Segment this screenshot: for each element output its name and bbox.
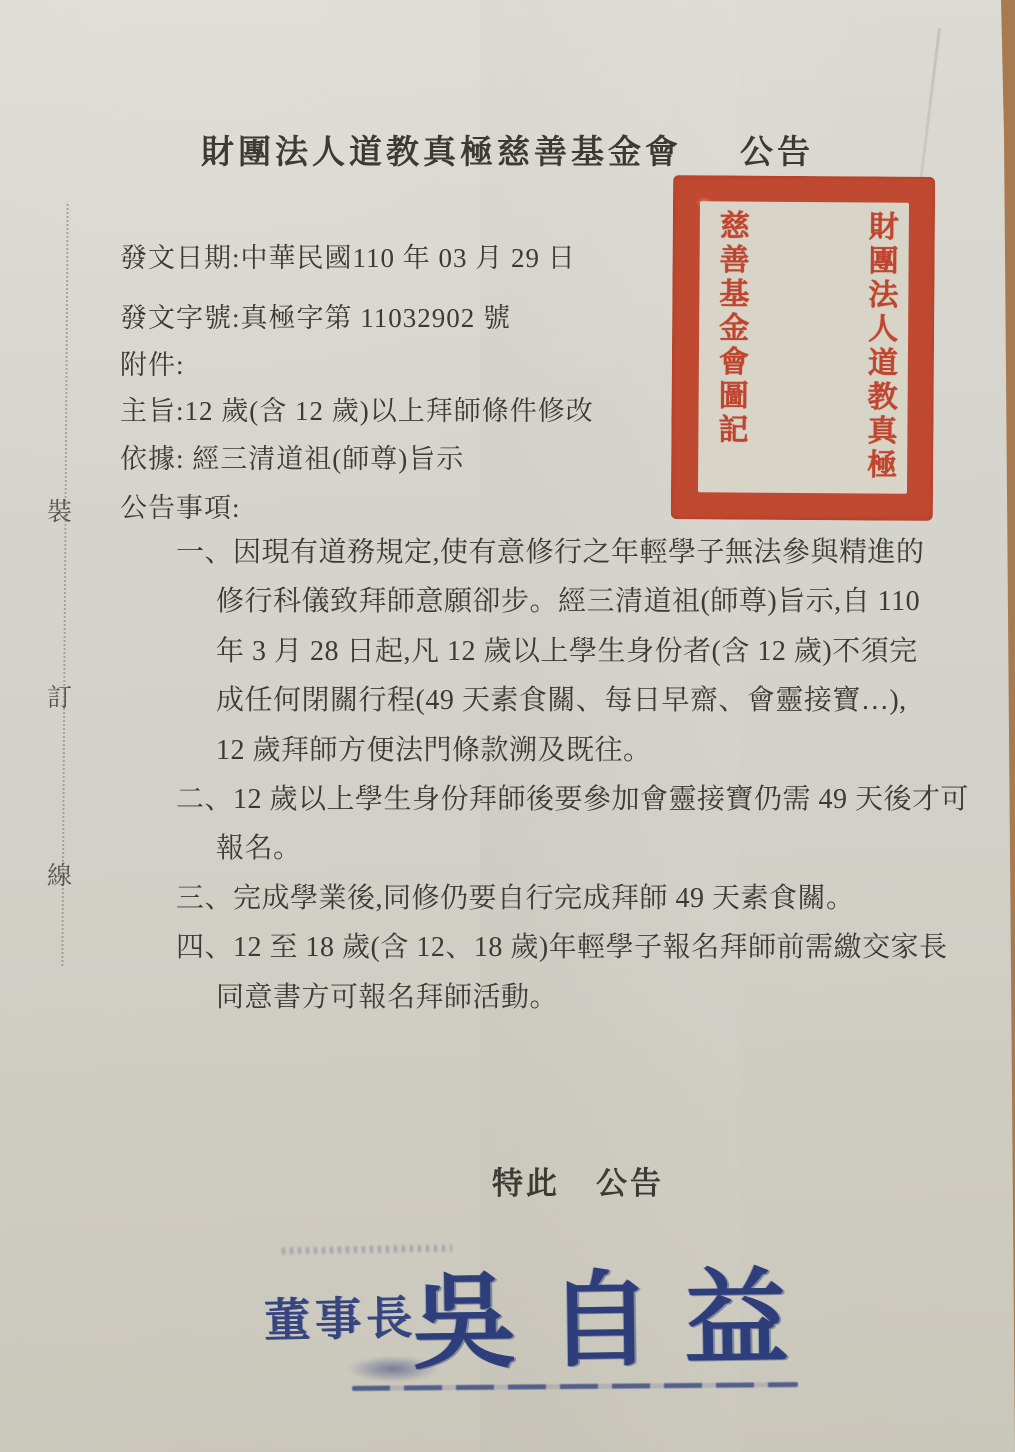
doc-number-line: 發文字號:真極字第 11032902 號	[120, 296, 511, 335]
document-photo: 裝 訂 線 財團法人道教真極慈善基金會公告 財團法人道教真極 慈善基金會圖記 發…	[0, 0, 1015, 1452]
title-doc-type: 公告	[740, 135, 814, 171]
item4-line1: 四、12 至 18 歲(含 12、18 歲)年輕學子報名拜師前需繳交家長	[176, 923, 976, 972]
seal-text-column-left: 慈善基金會圖記	[714, 209, 746, 484]
items-header-line: 公告事項:	[120, 486, 241, 525]
subject-line: 主旨:12 歲(含 12 歲)以上拜師條件修改	[120, 389, 594, 428]
item1-line5: 12 歲拜師方便法門條款溯及既往。	[176, 726, 976, 775]
closing-part1: 特此	[492, 1166, 560, 1201]
closing-part2: 公告	[596, 1166, 664, 1201]
seal-inner-field: 財團法人道教真極 慈善基金會圖記	[698, 201, 909, 493]
issue-date-line: 發文日期:中華民國110 年 03 月 29 日	[120, 236, 576, 275]
item1-line1: 一、因現有道務規定,使有意修行之年輕學子無法參與精進的	[176, 528, 976, 577]
signature-ink-blot	[348, 1356, 438, 1382]
title-organization: 財團法人道教真極慈善基金會	[201, 135, 682, 171]
chairman-title-stamp: 董事長	[263, 1281, 417, 1350]
item1-line2: 修行科儀致拜師意願卻步。經三清道祖(師尊)旨示,自 110	[176, 577, 976, 626]
item4-line2: 同意書方可報名拜師活動。	[176, 973, 976, 1022]
item2-line1: 二、12 歲以上學生身份拜師後要參加會靈接寶仍需 49 天後才可	[176, 775, 976, 824]
binding-dotted-line	[61, 204, 68, 966]
seal-text-column-right: 財團法人道教真極	[863, 210, 895, 485]
basis-line: 依據: 經三清道祖(師尊)旨示	[120, 437, 464, 476]
foundation-red-seal: 財團法人道教真極 慈善基金會圖記	[671, 175, 935, 521]
attachment-line: 附件:	[120, 343, 185, 382]
chairman-name-stamp: 吳自益	[411, 1233, 821, 1389]
item2-line2: 報名。	[176, 824, 976, 873]
paper-sheet: 裝 訂 線 財團法人道教真極慈善基金會公告 財團法人道教真極 慈善基金會圖記 發…	[0, 0, 1015, 1452]
binding-char-xian: 線	[47, 856, 72, 892]
announcement-items: 一、因現有道務規定,使有意修行之年輕學子無法參與精進的 修行科儀致拜師意願卻步。…	[176, 528, 976, 1022]
item1-line3: 年 3 月 28 日起,凡 12 歲以上學生身份者(含 12 歲)不須完	[176, 627, 976, 676]
document-title: 財團法人道教真極慈善基金會公告	[0, 126, 1015, 173]
binding-char-zhuang: 裝	[47, 492, 72, 528]
item3-line1: 三、完成學業後,同修仍要自行完成拜師 49 天素食關。	[176, 874, 976, 923]
closing-statement: 特此公告	[492, 1158, 664, 1203]
binding-char-ding: 訂	[47, 678, 72, 714]
item1-line4: 成任何閉關行程(49 天素食關、每日早齋、會靈接寶…),	[176, 676, 976, 725]
